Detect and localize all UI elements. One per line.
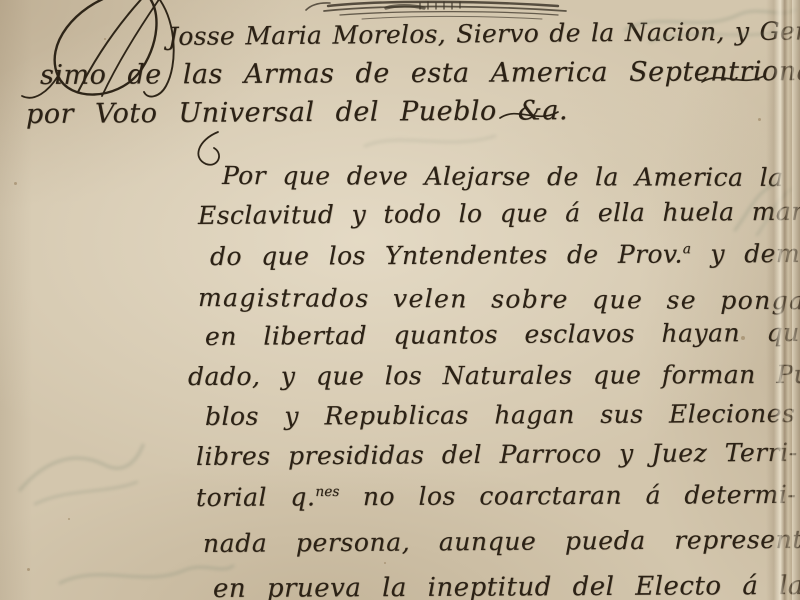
- line-text: Esclavitud y todo lo que á ella huela ma…: [198, 197, 800, 230]
- foxing-speck: [14, 182, 17, 185]
- manuscript-line-10: blos y Republicas hagan sus Eleciones: [205, 399, 795, 431]
- foxing-speck: [741, 336, 745, 340]
- manuscript-line-12: torial q.nes no los coarctaran á determi…: [196, 480, 796, 512]
- line-text: simo de las Armas de esta America Septen…: [40, 56, 800, 91]
- bleed-through-ghost: [15, 430, 150, 514]
- line-text: no los coarctaran á determi-: [339, 480, 796, 511]
- line-text: en prueva la ineptitud del Electo á la: [213, 571, 800, 600]
- foxing-speck: [27, 568, 30, 571]
- line-text: dado, y que los Naturales que forman Pue…: [188, 360, 800, 391]
- manuscript-line-9: dado, y que los Naturales que forman Pue…: [188, 360, 800, 391]
- line-text: do que los Yntendentes de Prov.: [210, 240, 683, 271]
- bleed-through-ghost: [360, 126, 500, 156]
- line-text: blos y Republicas hagan sus Eleciones: [205, 399, 795, 431]
- foxing-speck: [758, 118, 761, 121]
- line-text: por Voto Universal del Pueblo &a.: [26, 95, 568, 130]
- manuscript-line-8: en libertad quantos esclavos hayan que-: [205, 318, 800, 351]
- page-edge: [792, 0, 800, 600]
- foxing-speck: [332, 296, 334, 298]
- manuscript-line-4: Por que deve Alejarse de la America la: [222, 161, 783, 192]
- bleed-through-ghost: [55, 548, 240, 598]
- paper-crease: [766, 0, 792, 600]
- line-text: en libertad quantos esclavos hayan que-: [205, 318, 800, 351]
- manuscript-line-6: do que los Yntendentes de Prov.a y demas: [210, 239, 800, 271]
- manuscript-line-14: en prueva la ineptitud del Electo á la: [213, 571, 800, 600]
- foxing-speck: [384, 562, 386, 564]
- manuscript-line-2: simo de las Armas de esta America Septen…: [40, 56, 800, 91]
- manuscript-line-13: nada persona, aunque pueda representar: [203, 525, 800, 558]
- line-text: Por que deve Alejarse de la America la: [222, 161, 783, 192]
- manuscript-line-5: Esclavitud y todo lo que á ella huela ma…: [198, 197, 800, 230]
- line-text: libres presididas del Parroco y Juez Ter…: [196, 438, 798, 471]
- superscript-abbreviation: nes: [315, 484, 339, 500]
- foxing-speck: [104, 38, 106, 40]
- line-text: nada persona, aunque pueda representar: [203, 525, 800, 558]
- line-text: magistrados velen sobre que se pongan: [198, 283, 800, 315]
- foxing-speck: [68, 518, 70, 520]
- manuscript-page: Josse Maria Morelos, Siervo de la Nacion…: [0, 0, 800, 600]
- manuscript-line-7: magistrados velen sobre que se pongan: [198, 283, 800, 315]
- superscript-abbreviation: a: [683, 241, 691, 257]
- manuscript-line-11: libres presididas del Parroco y Juez Ter…: [196, 438, 798, 471]
- manuscript-line-3: por Voto Universal del Pueblo &a.: [26, 95, 568, 130]
- line-text: torial q.: [196, 482, 315, 512]
